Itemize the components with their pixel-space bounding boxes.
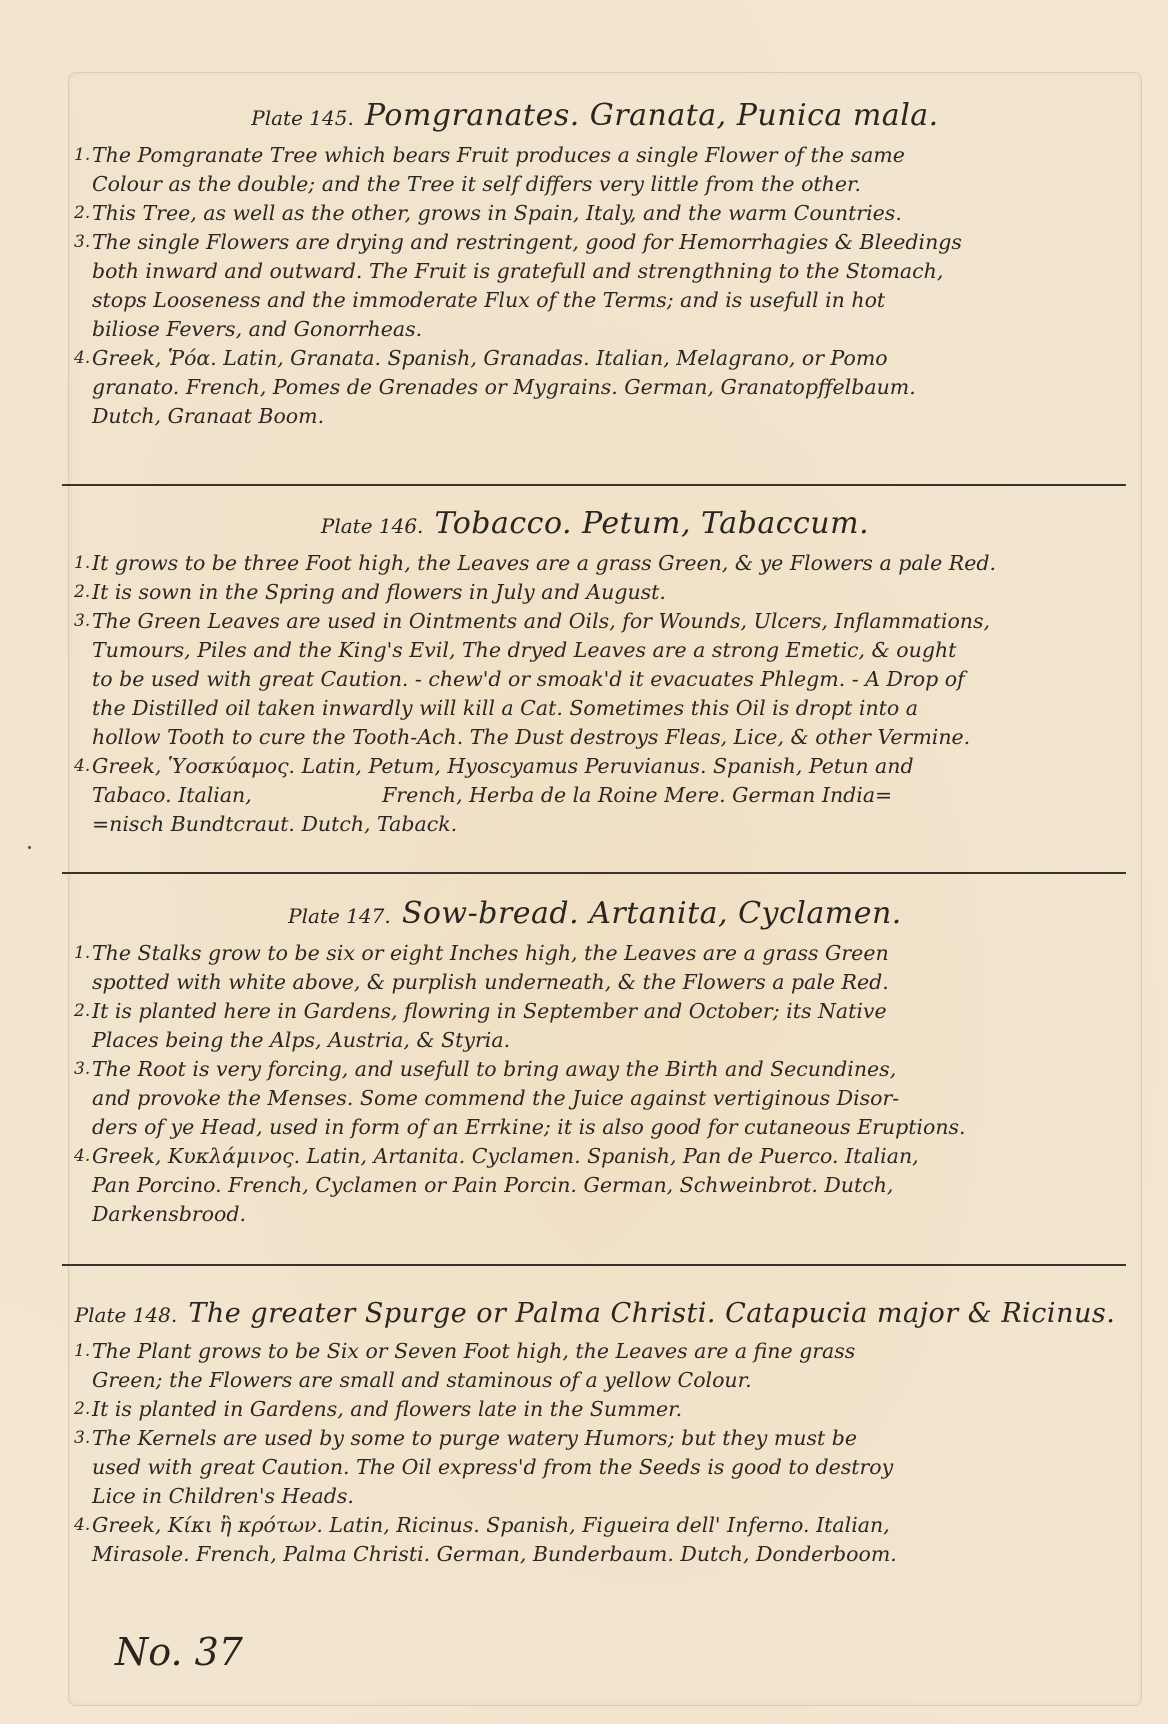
plate-147-heading: Plate 147. Sow-bread. Artanita, Cyclamen…	[62, 896, 1128, 931]
entry-line: The Pomgranate Tree which bears Fruit pr…	[92, 141, 1128, 170]
entry-line: the Distilled oil taken inwardly will ki…	[92, 694, 1128, 723]
entry-line: It is planted here in Gardens, flowring …	[92, 997, 1128, 1026]
entry-number: 3.	[74, 607, 90, 636]
entry-line: ders of ye Head, used in form of an Errk…	[92, 1113, 1128, 1142]
entry-number: 1.	[74, 141, 90, 170]
entry-line: Mirasole. French, Palma Christi. German,…	[92, 1540, 1128, 1569]
entry-line: Tabaco. Italian, French, Herba de la Roi…	[92, 781, 1128, 810]
entry-line: Greek, Ῥόα. Latin, Granata. Spanish, Gra…	[92, 344, 1128, 373]
entry-number: 3.	[74, 228, 90, 257]
entry-line: Green; the Flowers are small and stamino…	[92, 1366, 1128, 1395]
entry-line: Tumours, Piles and the King's Evil, The …	[92, 636, 1128, 665]
entry-3: 3. The Green Leaves are used in Ointment…	[62, 607, 1128, 752]
entry-1: 1. The Plant grows to be Six or Seven Fo…	[62, 1337, 1128, 1395]
entry-number: 1.	[74, 939, 90, 968]
entry-2: 2. It is planted here in Gardens, flowri…	[62, 997, 1128, 1055]
entry-number: 2.	[74, 578, 90, 607]
section-divider	[62, 1264, 1126, 1266]
entry-line: The Root is very forcing, and usefull to…	[92, 1055, 1128, 1084]
entry-number: 2.	[74, 199, 90, 228]
ink-speck	[28, 846, 31, 849]
entry-4: 4. Greek, Κίκι ἢ κρότων. Latin, Ricinus.…	[62, 1511, 1128, 1569]
plate-145-section: Plate 145. Pomgranates. Granata, Punica …	[62, 98, 1128, 431]
entry-4: 4. Greek, Ῥόα. Latin, Granata. Spanish, …	[62, 344, 1128, 431]
entry-line: The single Flowers are drying and restri…	[92, 228, 1128, 257]
entry-line: Pan Porcino. French, Cyclamen or Pain Po…	[92, 1171, 1128, 1200]
entry-3: 3. The Kernels are used by some to purge…	[62, 1424, 1128, 1511]
entry-line: The Kernels are used by some to purge wa…	[92, 1424, 1128, 1453]
entry-line: and provoke the Menses. Some commend the…	[92, 1084, 1128, 1113]
entry-number: 1.	[74, 549, 90, 578]
entry-2: 2. This Tree, as well as the other, grow…	[62, 199, 1128, 228]
plate-146-heading: Plate 146. Tobacco. Petum, Tabaccum.	[62, 506, 1128, 541]
entry-line: It is planted in Gardens, and flowers la…	[92, 1395, 1128, 1424]
entry-2: 2. It is sown in the Spring and flowers …	[62, 578, 1128, 607]
plate-title: Pomgranates. Granata, Punica mala.	[365, 98, 939, 133]
entry-line: Greek, Κυκλάμινος. Latin, Artanita. Cycl…	[92, 1142, 1128, 1171]
entry-number: 4.	[74, 1511, 90, 1540]
entry-number: 4.	[74, 344, 90, 373]
entry-number: 2.	[74, 1395, 90, 1424]
entry-3: 3. The Root is very forcing, and usefull…	[62, 1055, 1128, 1142]
entry-line: Darkensbrood.	[92, 1200, 1128, 1229]
plate-label: Plate 147.	[288, 904, 391, 928]
entry-line: It is sown in the Spring and flowers in …	[92, 578, 1128, 607]
entry-line: Greek, Κίκι ἢ κρότων. Latin, Ricinus. Sp…	[92, 1511, 1128, 1540]
entry-line: to be used with great Caution. - chew'd …	[92, 665, 1128, 694]
entry-number: 4.	[74, 1142, 90, 1171]
plate-label: Plate 145.	[251, 106, 354, 130]
entry-line: The Stalks grow to be six or eight Inche…	[92, 939, 1128, 968]
entry-line: granato. French, Pomes de Grenades or My…	[92, 373, 1128, 402]
entry-line: used with great Caution. The Oil express…	[92, 1453, 1128, 1482]
entry-number: 3.	[74, 1055, 90, 1084]
plate-148-heading: Plate 148. The greater Spurge or Palma C…	[62, 1298, 1128, 1329]
entry-line: The Plant grows to be Six or Seven Foot …	[92, 1337, 1128, 1366]
plate-147-section: Plate 147. Sow-bread. Artanita, Cyclamen…	[62, 896, 1128, 1229]
entry-line: =nisch Bundtcraut. Dutch, Taback.	[92, 810, 1128, 839]
section-divider	[62, 484, 1126, 486]
entry-line: hollow Tooth to cure the Tooth-Ach. The …	[92, 723, 1128, 752]
entry-line: Greek, Ὑοσκύαμος. Latin, Petum, Hyoscyam…	[92, 752, 1128, 781]
entry-number: 3.	[74, 1424, 90, 1453]
sheet-number: No. 37	[115, 1630, 243, 1674]
entry-number: 4.	[74, 752, 90, 781]
entry-number: 1.	[74, 1337, 90, 1366]
entry-line: This Tree, as well as the other, grows i…	[92, 199, 1128, 228]
entry-line: both inward and outward. The Fruit is gr…	[92, 257, 1128, 286]
entry-line: It grows to be three Foot high, the Leav…	[92, 549, 1128, 578]
entry-1: 1. The Stalks grow to be six or eight In…	[62, 939, 1128, 997]
entry-line: Places being the Alps, Austria, & Styria…	[92, 1026, 1128, 1055]
entry-1: 1. It grows to be three Foot high, the L…	[62, 549, 1128, 578]
plate-label: Plate 146.	[321, 514, 424, 538]
entry-3: 3. The single Flowers are drying and res…	[62, 228, 1128, 344]
plate-148-section: Plate 148. The greater Spurge or Palma C…	[62, 1298, 1128, 1569]
entry-line: Dutch, Granaat Boom.	[92, 402, 1128, 431]
entry-line: Colour as the double; and the Tree it se…	[92, 170, 1128, 199]
entry-line: Lice in Children's Heads.	[92, 1482, 1128, 1511]
entry-number: 2.	[74, 997, 90, 1026]
plate-145-heading: Plate 145. Pomgranates. Granata, Punica …	[62, 98, 1128, 133]
entry-1: 1. The Pomgranate Tree which bears Fruit…	[62, 141, 1128, 199]
plate-title: The greater Spurge or Palma Christi. Cat…	[188, 1298, 1115, 1329]
plate-title: Tobacco. Petum, Tabaccum.	[435, 506, 870, 541]
plate-146-section: Plate 146. Tobacco. Petum, Tabaccum. 1. …	[62, 506, 1128, 839]
entry-line: biliose Fevers, and Gonorrheas.	[92, 315, 1128, 344]
entry-line: spotted with white above, & purplish und…	[92, 968, 1128, 997]
entry-2: 2. It is planted in Gardens, and flowers…	[62, 1395, 1128, 1424]
entry-line: stops Looseness and the immoderate Flux …	[92, 286, 1128, 315]
entry-4: 4. Greek, Κυκλάμινος. Latin, Artanita. C…	[62, 1142, 1128, 1229]
plate-label: Plate 148.	[75, 1303, 178, 1327]
entry-line: The Green Leaves are used in Ointments a…	[92, 607, 1128, 636]
plate-title: Sow-bread. Artanita, Cyclamen.	[402, 896, 902, 931]
section-divider	[62, 872, 1126, 874]
entry-4: 4. Greek, Ὑοσκύαμος. Latin, Petum, Hyosc…	[62, 752, 1128, 839]
